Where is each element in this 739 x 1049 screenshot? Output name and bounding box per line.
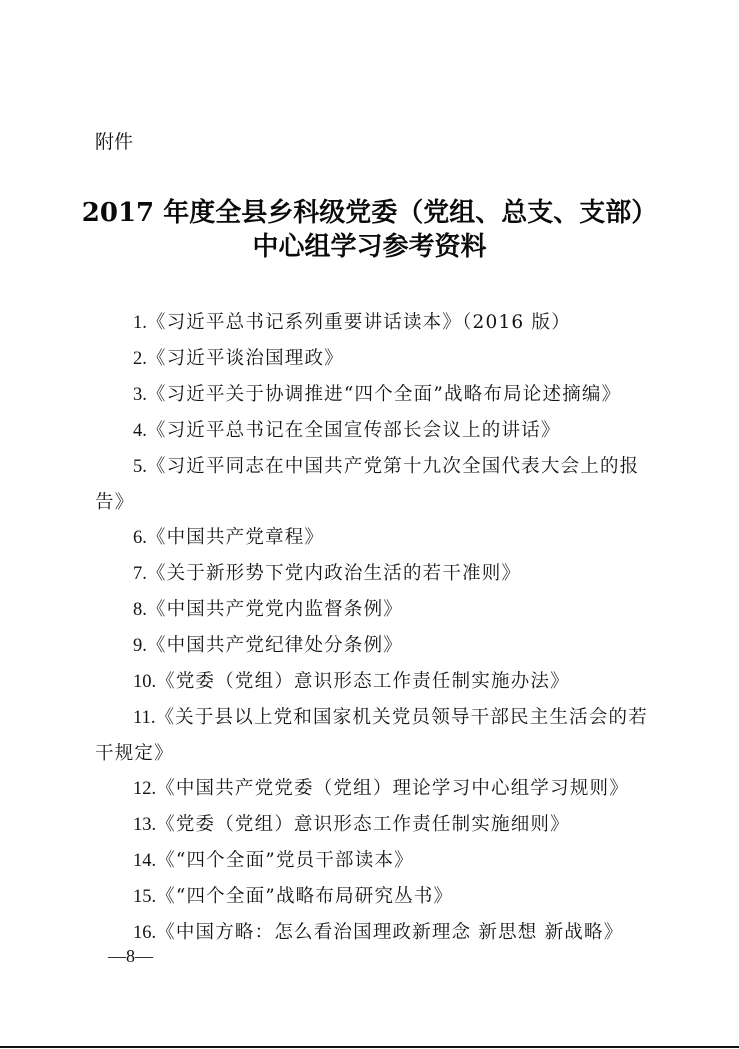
item-title: 《中国共产党党内监督条例》 [147,599,403,620]
item-number: 9. [133,636,147,656]
item-title: 《党委（党组）意识形态工作责任制实施细则》 [156,814,570,835]
list-item: 11.《关于县以上党和国家机关党员领导干部民主生活会的若干规定》 [95,700,655,771]
item-title: 《习近平同志在中国共产党第十九次全国代表大会上的报告》 [95,456,639,513]
item-number: 1. [133,313,147,333]
list-item: 8.《中国共产党党内监督条例》 [95,592,655,628]
item-number: 5. [133,457,147,477]
item-title: 《“四个全面”党员干部读本》 [156,850,414,871]
list-item: 14.《“四个全面”党员干部读本》 [95,843,655,879]
attachment-label: 附件 [95,129,133,155]
list-item: 10.《党委（党组）意识形态工作责任制实施办法》 [95,664,655,700]
item-title: 《习近平总书记系列重要讲话读本》（2016 版） [147,312,571,333]
item-title: 《“四个全面”战略布局研究丛书》 [156,886,453,907]
list-item: 13.《党委（党组）意识形态工作责任制实施细则》 [95,807,655,843]
item-title: 《党委（党组）意识形态工作责任制实施办法》 [156,671,570,692]
item-title: 《中国共产党党委（党组）理论学习中心组学习规则》 [156,778,629,799]
item-number: 13. [133,815,156,835]
item-number: 15. [133,887,156,907]
document-title-line-2: 中心组学习参考资料 [0,230,739,264]
list-item: 4.《习近平总书记在全国宣传部长会议上的讲话》 [95,413,655,449]
item-number: 16. [133,923,156,943]
list-item: 3.《习近平关于协调推进“四个全面”战略布局论述摘编》 [95,377,655,413]
item-number: 8. [133,600,147,620]
item-number: 7. [133,564,147,584]
reference-list: 1.《习近平总书记系列重要讲话读本》（2016 版） 2.《习近平谈治国理政》 … [95,305,655,951]
item-number: 3. [133,385,147,405]
item-title: 《习近平谈治国理政》 [147,348,344,369]
list-item: 9.《中国共产党纪律处分条例》 [95,628,655,664]
item-number: 2. [133,349,147,369]
page-bottom-divider [0,1046,739,1048]
list-item: 1.《习近平总书记系列重要讲话读本》（2016 版） [95,305,655,341]
list-item: 5.《习近平同志在中国共产党第十九次全国代表大会上的报告》 [95,449,655,520]
item-title: 《习近平总书记在全国宣传部长会议上的讲话》 [147,420,561,441]
item-title: 《习近平关于协调推进“四个全面”战略布局论述摘编》 [147,384,621,405]
item-title: 《关于县以上党和国家机关党员领导干部民主生活会的若干规定》 [95,707,648,764]
item-title: 《中国方略：怎么看治国理政新理念 新思想 新战略》 [156,922,623,943]
item-number: 14. [133,851,156,871]
item-title: 《关于新形势下党内政治生活的若干准则》 [147,563,521,584]
item-number: 10. [133,672,156,692]
list-item: 6.《中国共产党章程》 [95,520,655,556]
item-number: 12. [133,779,156,799]
item-number: 4. [133,421,147,441]
item-number: 11. [133,708,155,728]
item-title: 《中国共产党纪律处分条例》 [147,635,403,656]
item-number: 6. [133,528,147,548]
document-title-line-1: 2017 年度全县乡科级党委（党组、总支、支部） [0,196,739,230]
list-item: 16.《中国方略：怎么看治国理政新理念 新思想 新战略》 [95,915,655,951]
item-title: 《中国共产党章程》 [147,527,324,548]
page-number: —8— [108,944,153,968]
list-item: 15.《“四个全面”战略布局研究丛书》 [95,879,655,915]
list-item: 7.《关于新形势下党内政治生活的若干准则》 [95,556,655,592]
list-item: 2.《习近平谈治国理政》 [95,341,655,377]
list-item: 12.《中国共产党党委（党组）理论学习中心组学习规则》 [95,771,655,807]
